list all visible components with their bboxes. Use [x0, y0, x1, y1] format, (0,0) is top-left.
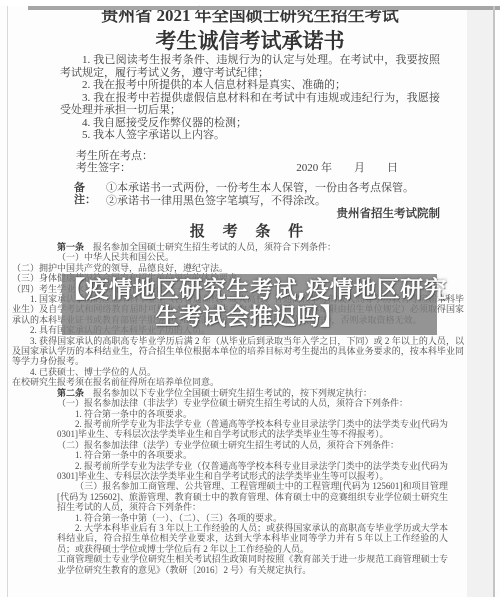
- regulation-line: 1. 符合第一条中的各项要求。: [57, 450, 448, 460]
- notes-label: 备注：: [74, 182, 106, 208]
- regulation-text: 报名参加以下专业学位全国硕士研究生招生考试的，按下列规定执行：: [84, 388, 372, 398]
- regulation-text: 在校研究生报考须在报名前征得所在培养单位同意。: [12, 377, 219, 387]
- commitment-body: 1. 我已阅读考生报考条件、违规行为的认定与处理。在考试中，我要按照考试规定，履…: [60, 54, 440, 220]
- regulation-text: （一）中华人民共和国公民。: [57, 252, 174, 262]
- regulation-line: 4. 已获硕士、博士学位的人员。: [12, 367, 464, 377]
- regulation-line: 在校研究生报考须在报名前征得所在培养单位同意。: [12, 377, 464, 387]
- regulation-line: 1. 符合第一条中第（一）、（二）、（三）各项的要求。: [57, 513, 448, 523]
- note-line: ①本承诺书一式两份，一份考生本人保管，一份由各考点保管。: [106, 182, 414, 195]
- regulation-line: （二）报名参加法律（法学）专业学位硕士研究生招生考试的人员，须符合下列条件：: [57, 440, 448, 450]
- caption-line1: 【疫情地区研究生考试,疫情地区研究: [62, 277, 437, 304]
- regulation-line: （一）中华人民共和国公民。: [57, 252, 448, 262]
- regulation-text: （三）报名参加工商管理、公共管理、工程管理硕士中的工程管理[代码为 125601…: [57, 481, 448, 512]
- note-line: ②承诺书一律用黑色签字笔填写，不得涂改。: [106, 195, 414, 208]
- scan-edge-top: [28, 6, 500, 10]
- scanned-document: 贵州省 2021 年全国硕士研究生招生考试 考生诚信考试承诺书 1. 我已阅读考…: [0, 6, 500, 597]
- regulation-line: 2. 报考前所学专业为法学专业（仅普通高等学校本科专业目录法学门类中的法学类专业…: [57, 461, 448, 482]
- commitment-item: 1. 我已阅读考生报考条件、违规行为的认定与处理。在考试中，我要按照考试规定，履…: [60, 54, 440, 79]
- regulation-line: 第一条 报名参加全国硕士研究生招生考试的人员，须符合下列条件：: [57, 242, 448, 252]
- section-title: 报 考 条 件: [0, 223, 500, 241]
- caption-overlay: 【疫情地区研究生考试,疫情地区研究 生考试会推迟吗】: [62, 274, 437, 335]
- regulation-line: 工商管理硕士专业学位研究生相关考试招生政策同时按照《教育部关于进一步规范工商管理…: [57, 554, 448, 575]
- regulation-line: 1. 符合第一条中的各项要求。: [57, 409, 448, 419]
- exam-site-label: 考生所在考点：: [76, 150, 440, 163]
- regulation-text: 3. 获得国家承认的高职高专毕业学历后满 2 年（从毕业后到录取当年入学之日，下…: [12, 336, 464, 367]
- commitment-item: 2. 我在报考中所提供的本人信息材料是真实、准确的；: [60, 79, 440, 92]
- notes-block: 备注： ①本承诺书一式两份，一份考生本人保管，一份由各考点保管。 ②承诺书一律用…: [74, 182, 440, 208]
- date-blank: 2020 年 月 日: [296, 162, 398, 175]
- regulation-text: 工商管理硕士专业学位研究生相关考试招生政策同时按照《教育部关于进一步规范工商管理…: [57, 554, 448, 574]
- regulation-text: 2. 报考前所学专业为法学专业（仅普通高等学校本科专业目录法学门类中的法学类专业…: [57, 461, 448, 481]
- signature-label: 考生签字：: [76, 162, 131, 175]
- regulation-line: 3. 获得国家承认的高职高专毕业学历后满 2 年（从毕业后到录取当年入学之日，下…: [12, 336, 464, 367]
- regulation-line: （二）拥护中国共产党的领导，品德良好，遵纪守法。: [12, 263, 464, 273]
- signature-row: 考生签字： 2020 年 月 日: [76, 162, 440, 175]
- caption-line2: 生考试会推迟吗】: [62, 304, 437, 331]
- regulation-line: 2. 报考前所学专业为非法学专业（普通高等学校本科专业目录法学门类中的法学类专业…: [57, 419, 448, 440]
- commitment-title: 考生诚信考试承诺书: [0, 28, 500, 54]
- notes-content: ①本承诺书一式两份，一份考生本人保管，一份由各考点保管。 ②承诺书一律用黑色签字…: [106, 182, 414, 208]
- regulation-line: 2. 大学本科毕业后有 3 年以上工作经验的人员；或获得国家承认的高职高专毕业学…: [57, 523, 448, 554]
- regulation-text: （二）报名参加法律（法学）专业学位硕士研究生招生考试的人员，须符合下列条件：: [57, 440, 399, 450]
- scan-edge-right: [493, 6, 495, 597]
- regulation-text: 1. 符合第一条中的各项要求。: [75, 450, 192, 460]
- scan-margin-right: [467, 6, 493, 597]
- regulation-text: （一）报名参加法律（非法学）专业学位硕士研究生招生考试的人员，须符合下列条件：: [57, 398, 408, 408]
- article-number: 第一条: [57, 242, 84, 252]
- article-number: 第二条: [57, 388, 84, 398]
- regulation-text: 1. 符合第一条中第（一）、（二）、（三）各项的要求。: [75, 513, 282, 523]
- scan-edge-left: [7, 6, 8, 597]
- regulation-text: （二）拥护中国共产党的领导，品德良好，遵纪守法。: [12, 263, 228, 273]
- commitment-item: 5. 我本人签字承诺以上内容。: [60, 129, 440, 142]
- regulation-text: 2. 报考前所学专业为非法学专业（普通高等学校本科专业目录法学门类中的法学类专业…: [57, 419, 448, 439]
- regulation-line: 第二条 报名参加以下专业学位全国硕士研究生招生考试的，按下列规定执行：: [57, 388, 448, 398]
- regulation-text: 1. 符合第一条中的各项要求。: [75, 409, 192, 419]
- regulation-text: 报名参加全国硕士研究生招生考试的人员，须符合下列条件：: [84, 242, 336, 252]
- regulation-line: （一）报名参加法律（非法学）专业学位硕士研究生招生考试的人员，须符合下列条件：: [57, 398, 448, 408]
- regulation-text: 2. 大学本科毕业后有 3 年以上工作经验的人员；或获得国家承认的高职高专毕业学…: [57, 523, 448, 554]
- commitment-item: 3. 我在报考中若提供虚假信息材料和在考试中有违规或违纪行为，我愿接受处理并承担…: [60, 92, 440, 117]
- regulation-line: （三）报名参加工商管理、公共管理、工程管理硕士中的工程管理[代码为 125601…: [57, 481, 448, 512]
- issuer-seal-text: 贵州省招生考试院制: [60, 208, 440, 221]
- commitment-item: 4. 我自愿接受反作弊仪器的检测；: [60, 117, 440, 130]
- regulation-text: 4. 已获硕士、博士学位的人员。: [30, 367, 156, 377]
